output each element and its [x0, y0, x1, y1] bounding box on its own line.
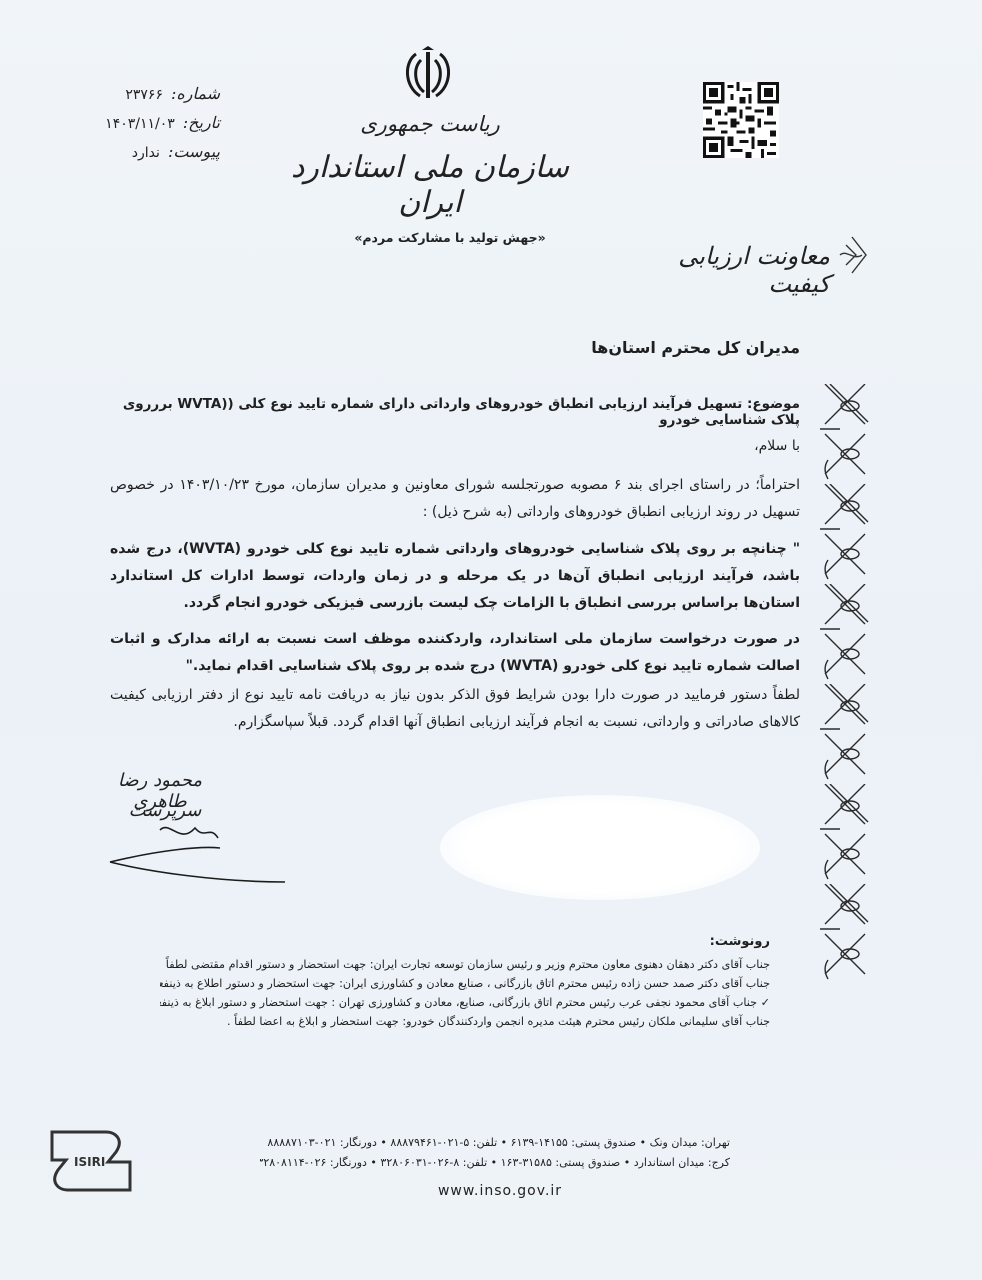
cc-title: رونوشت: [660, 934, 770, 949]
letter-number-row: شماره: ۲۳۷۶۶ [50, 80, 220, 109]
quoted-resolution-part2: در صورت درخواست سازمان ملی استاندارد، وا… [110, 626, 800, 680]
cc-item: جناب آقای سلیمانی ملکان رئیس محترم هیئت … [160, 1012, 770, 1031]
redacted-stamp-area [440, 795, 760, 900]
paragraph-intro: احتراماً؛ در راستای اجرای بند ۶ مصوبه صو… [110, 472, 800, 526]
cc-item: جناب آقای دکتر دهقان دهنوی معاون محترم و… [160, 955, 770, 974]
signatory-title: سرپرست [125, 800, 205, 821]
letter-page: شماره: ۲۳۷۶۶ تاریخ: ۱۴۰۳/۱۱/۰۳ پیوست: ند… [0, 0, 982, 1280]
organization-name: سازمان ملی استاندارد ایران [270, 150, 590, 220]
attachment-row: پیوست: ندارد [50, 138, 220, 167]
handwritten-signature-icon [100, 820, 290, 890]
slogan: «جهش تولید با مشارکت مردم» [330, 230, 570, 245]
department-title: معاونت ارزیابی کیفیت [640, 242, 830, 298]
paragraph-request: لطفاً دستور فرمایید در صورت دارا بودن شر… [110, 682, 800, 736]
qr-code-icon [703, 82, 779, 158]
isiri-logo-icon: ISIRI [46, 1128, 136, 1194]
diamond-ornament-icon [836, 235, 868, 275]
number-label: شماره: [171, 80, 220, 108]
svg-text:ISIRI: ISIRI [74, 1155, 105, 1169]
letter-meta: شماره: ۲۳۷۶۶ تاریخ: ۱۴۰۳/۱۱/۰۳ پیوست: ند… [50, 80, 220, 167]
footer-tehran-address: تهران: میدان ونک • صندوق پستی: ۱۴۱۵۵-۶۱۳… [260, 1133, 730, 1153]
attachment-label: پیوست: [168, 138, 220, 166]
letter-date-row: تاریخ: ۱۴۰۳/۱۱/۰۳ [50, 109, 220, 138]
decorative-border-icon [820, 384, 870, 984]
cc-item: ✓ جناب آقای محمود نجفی عرب رئیس محترم ات… [160, 993, 770, 1012]
greeting: با سلام، [640, 438, 800, 454]
footer-karaj-address: کرج: میدان استاندارد • صندوق پستی: ۳۱۵۸۵… [260, 1153, 730, 1173]
subject-line: موضوع: تسهیل فرآیند ارزیابی انطباق خودرو… [110, 396, 800, 428]
cc-item-text: جناب آقای محمود نجفی عرب رئیس محترم اتاق… [160, 996, 757, 1009]
attachment-value: ندارد [132, 139, 160, 167]
footer-addresses: تهران: میدان ونک • صندوق پستی: ۱۴۱۵۵-۶۱۳… [260, 1133, 730, 1173]
date-value: ۱۴۰۳/۱۱/۰۳ [105, 110, 175, 138]
cc-list: جناب آقای دکتر دهقان دهنوی معاون محترم و… [160, 955, 770, 1031]
number-value: ۲۳۷۶۶ [125, 81, 163, 109]
quoted-resolution-part1: " چنانچه بر روی پلاک شناسایی خودروهای وا… [110, 536, 800, 617]
checkmark-icon: ✓ [757, 996, 770, 1009]
addressee: مدیران کل محترم استان‌ها [540, 338, 800, 357]
iran-emblem-icon [398, 44, 458, 104]
date-label: تاریخ: [183, 109, 220, 137]
presidency-title: ریاست جمهوری [330, 112, 530, 136]
website-link[interactable]: www.inso.gov.ir [380, 1183, 620, 1199]
cc-item: جناب آقای دکتر صمد حسن زاده رئیس محترم ا… [160, 974, 770, 993]
